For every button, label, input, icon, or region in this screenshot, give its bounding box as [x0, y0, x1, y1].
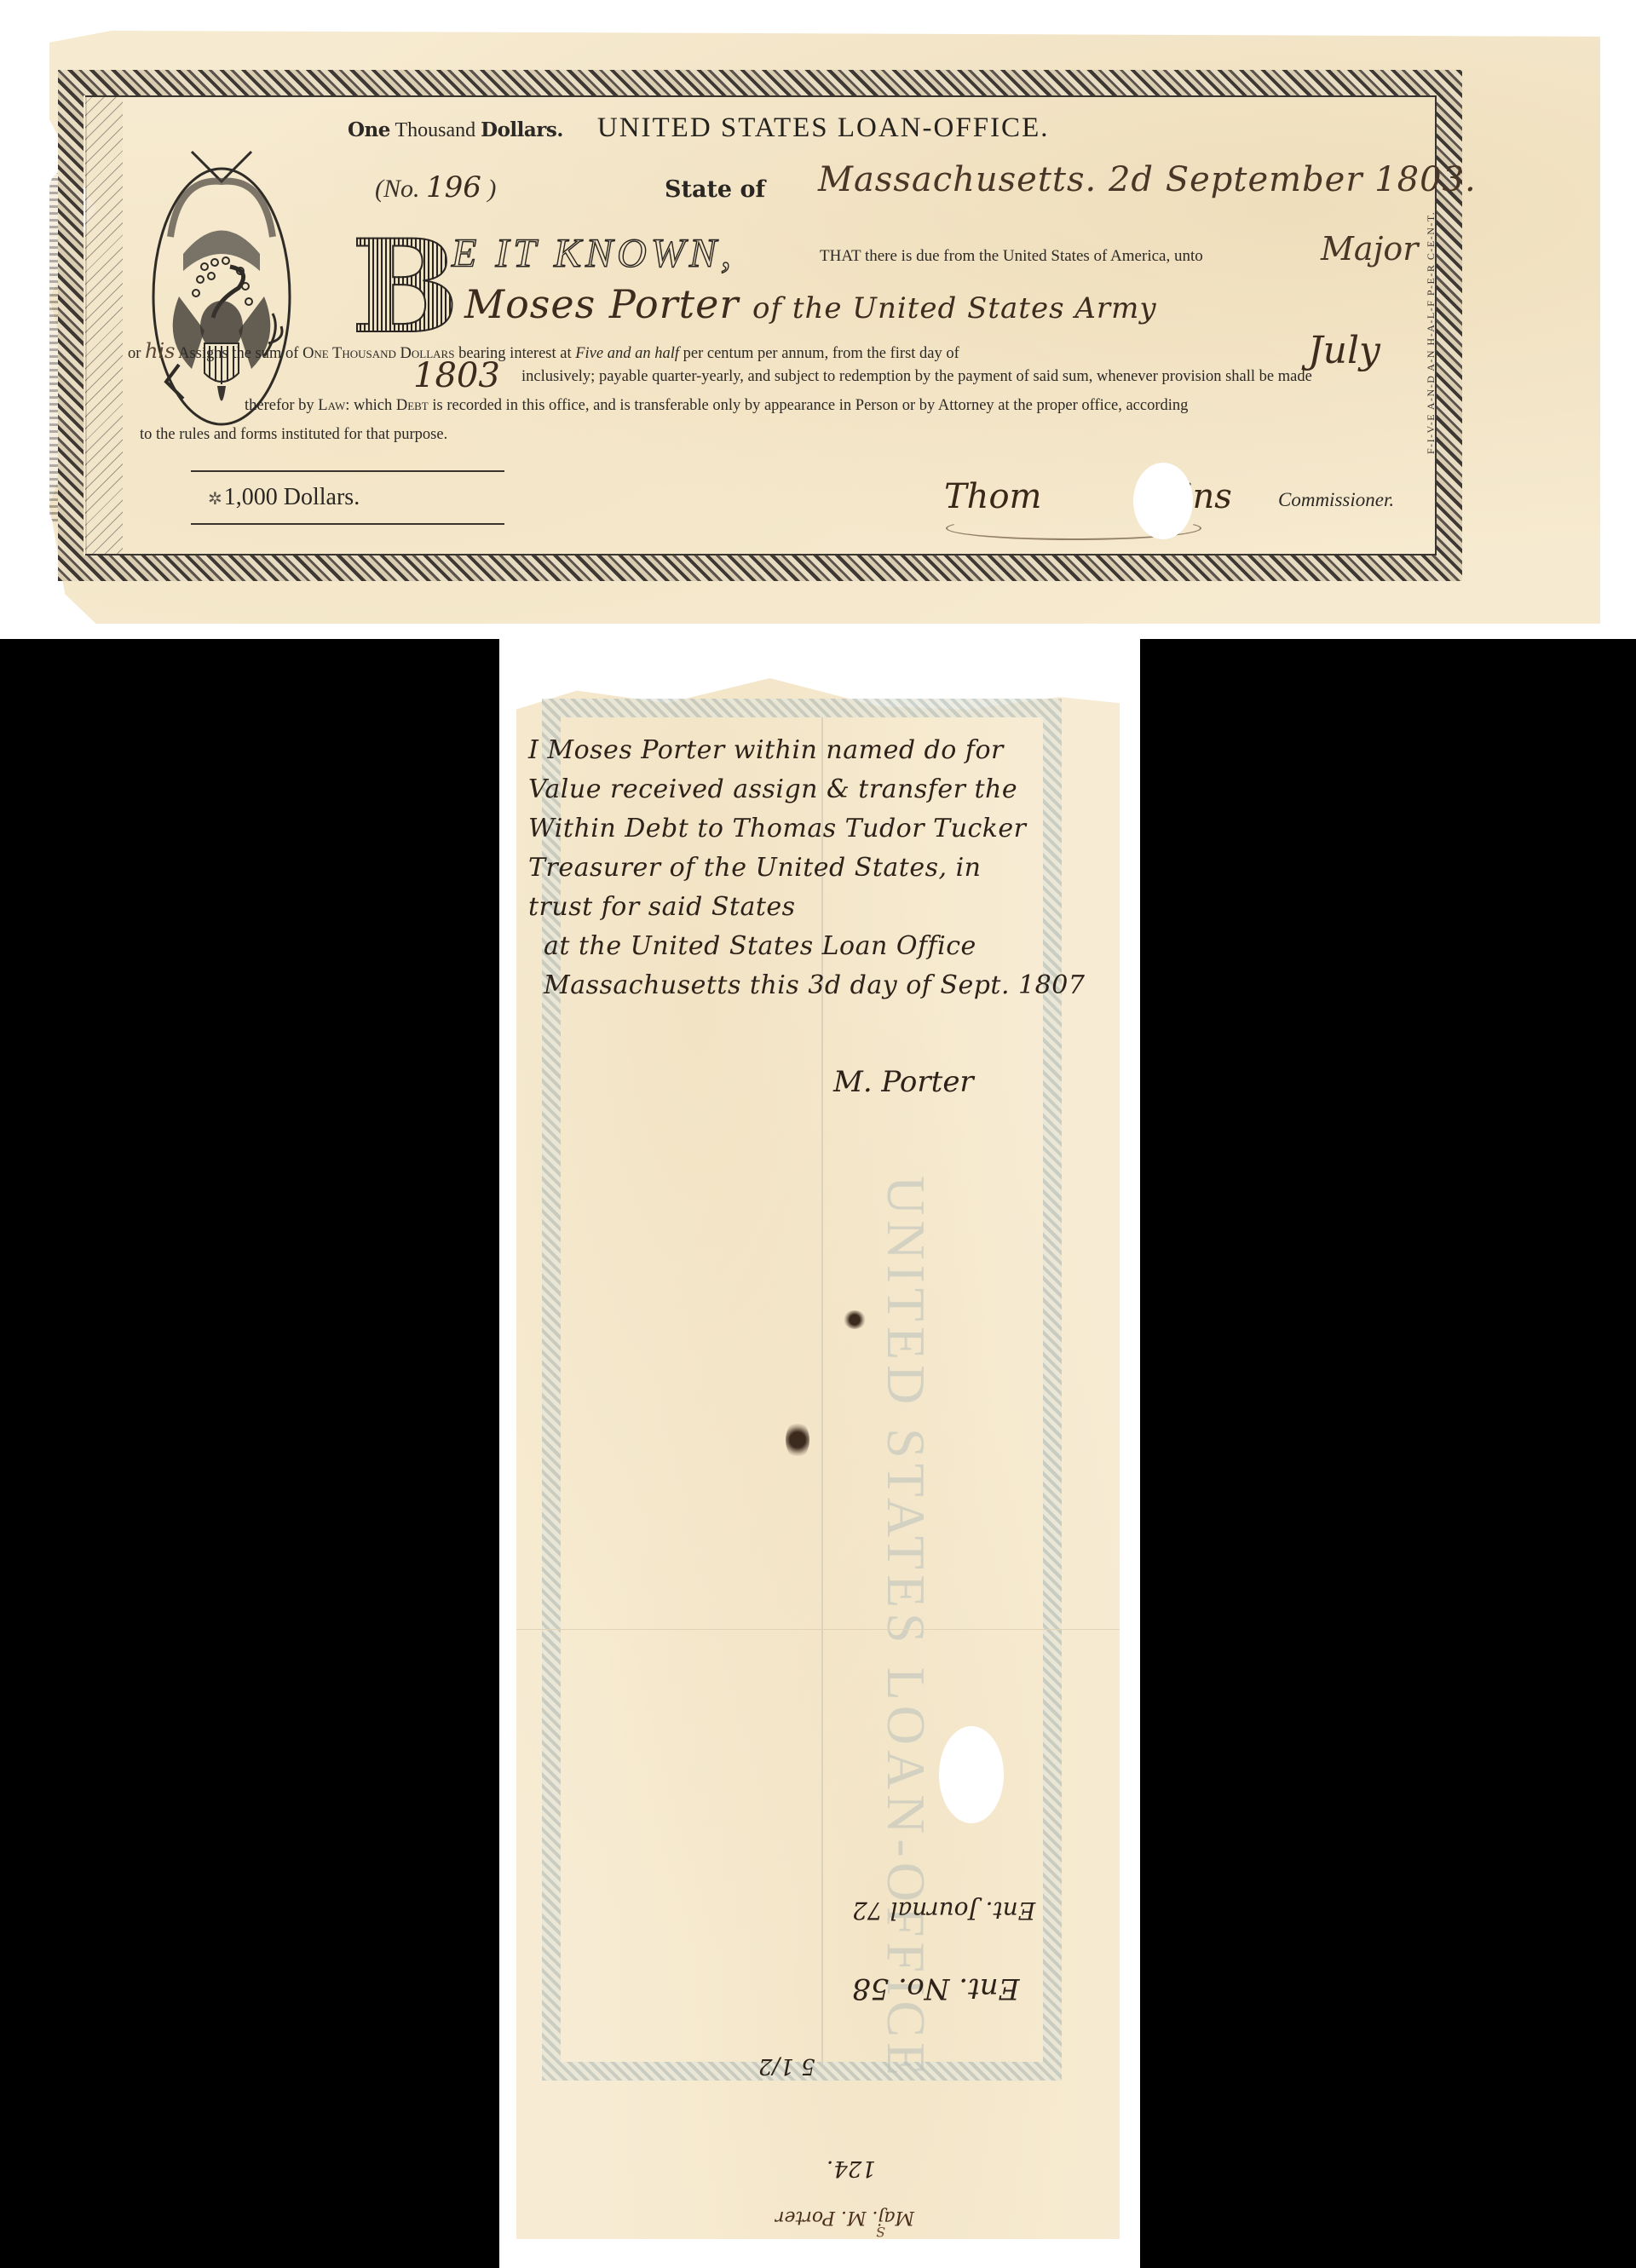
body-text: or	[128, 345, 141, 362]
payee-title-handwritten: Major	[1321, 230, 1418, 268]
interest-start-month: July	[1308, 329, 1380, 372]
docket-note: Ent. No. 58	[852, 1972, 1020, 2006]
heading-be-it-known: E IT KNOWN,	[452, 230, 735, 277]
law-word: Law	[318, 397, 345, 414]
denomination-label: One Thousand Dollars.	[348, 118, 563, 142]
endorsement-line: I Moses Porter within named do for	[528, 731, 1108, 770]
amount-value: ✲1,000 Dollars.	[208, 484, 360, 511]
endorsement-line: Value received assign & transfer the	[528, 770, 1108, 809]
body-line-3: therefor by Law: which Debt is recorded …	[245, 397, 1188, 415]
docket-note: Maj. M. Porter	[775, 2207, 914, 2228]
body-text: therefor by	[245, 397, 314, 414]
black-panel-right	[1140, 639, 1636, 2268]
body-text: per centum per annum, from the first day…	[683, 345, 959, 362]
amount-text: 1,000 Dollars.	[224, 484, 360, 510]
interest-start-year: 1803	[413, 356, 500, 395]
debt-word: Debt	[396, 397, 429, 414]
office-title: UNITED STATES LOAN-OFFICE.	[597, 112, 1050, 144]
side-legend: F-I-V-E A-N-D A-N H-A-L-F P-E-R C-E-N-T.	[1425, 111, 1440, 554]
docket-note: S	[876, 2224, 885, 2240]
docket-note: 124.	[827, 2156, 876, 2181]
body-line-2: inclusively; payable quarter-yearly, and…	[521, 368, 1312, 386]
eagle-vignette-graphic	[145, 126, 298, 441]
body-text: is recorded in this office, and is trans…	[432, 397, 1188, 414]
left-lattice-strip	[85, 97, 123, 554]
number-value: 196	[426, 170, 481, 204]
ink-stain	[786, 1421, 809, 1459]
black-panel-left	[0, 639, 499, 2268]
docket-note: Ent. Journal 72	[852, 1897, 1035, 1925]
number-prefix: (No.	[375, 175, 420, 203]
denomination-word-one: One	[348, 118, 390, 141]
eagle-icon	[145, 126, 298, 441]
endorser-signature: M. Porter	[833, 1065, 974, 1099]
interest-rate: Five and an half	[575, 345, 679, 362]
certificate-number: (No. 196 )	[375, 170, 496, 204]
signer-role: Commissioner.	[1278, 489, 1394, 511]
signature-part-1: Thom	[944, 477, 1041, 516]
endorsement-line: Within Debt to Thomas Tudor Tucker	[528, 809, 1108, 849]
state-date-handwritten: Massachusetts. 2d September 1803.	[818, 160, 1477, 199]
that-clause: THAT there is due from the United States…	[820, 247, 1203, 266]
denomination-word-thousand: Thousand	[395, 119, 475, 141]
body-line-4: to the rules and forms instituted for th…	[140, 426, 447, 444]
assignee-handwritten: his	[145, 339, 175, 363]
payee-affiliation: of the United States Army	[752, 291, 1157, 325]
assignment-endorsement: I Moses Porter within named do for Value…	[528, 731, 1108, 1005]
body-text: Assigns the sum of	[178, 345, 298, 362]
endorsement-line: trust for said States	[528, 888, 1108, 927]
payee-handwritten: Moses Porter of the United States Army	[464, 281, 1157, 327]
payee-name: Moses Porter	[464, 281, 739, 327]
endorsement-line: Treasurer of the United States, in	[528, 849, 1108, 888]
body-line-1: or his Assigns the sum of One Thousand D…	[128, 339, 959, 363]
number-suffix: )	[487, 175, 496, 203]
endorsement-line: Massachusetts this 3d day of Sept. 1807	[528, 966, 1108, 1005]
cancellation-punch-hole	[1133, 463, 1193, 539]
ink-stain	[844, 1310, 866, 1329]
header-row: One Thousand Dollars. UNITED STATES LOAN…	[348, 112, 1370, 147]
body-text: : which	[345, 397, 392, 414]
state-label: State of	[665, 176, 765, 203]
docket-note: 5 1/2	[758, 2053, 815, 2079]
endorsement-line: at the United States Loan Office	[528, 927, 1108, 966]
drop-cap: B	[351, 223, 459, 351]
fold-crease	[516, 1629, 1120, 1630]
ornament-icon: ✲	[208, 490, 222, 509]
cancellation-punch-hole	[939, 1726, 1004, 1823]
denomination-word-dollars: Dollars.	[481, 118, 563, 141]
